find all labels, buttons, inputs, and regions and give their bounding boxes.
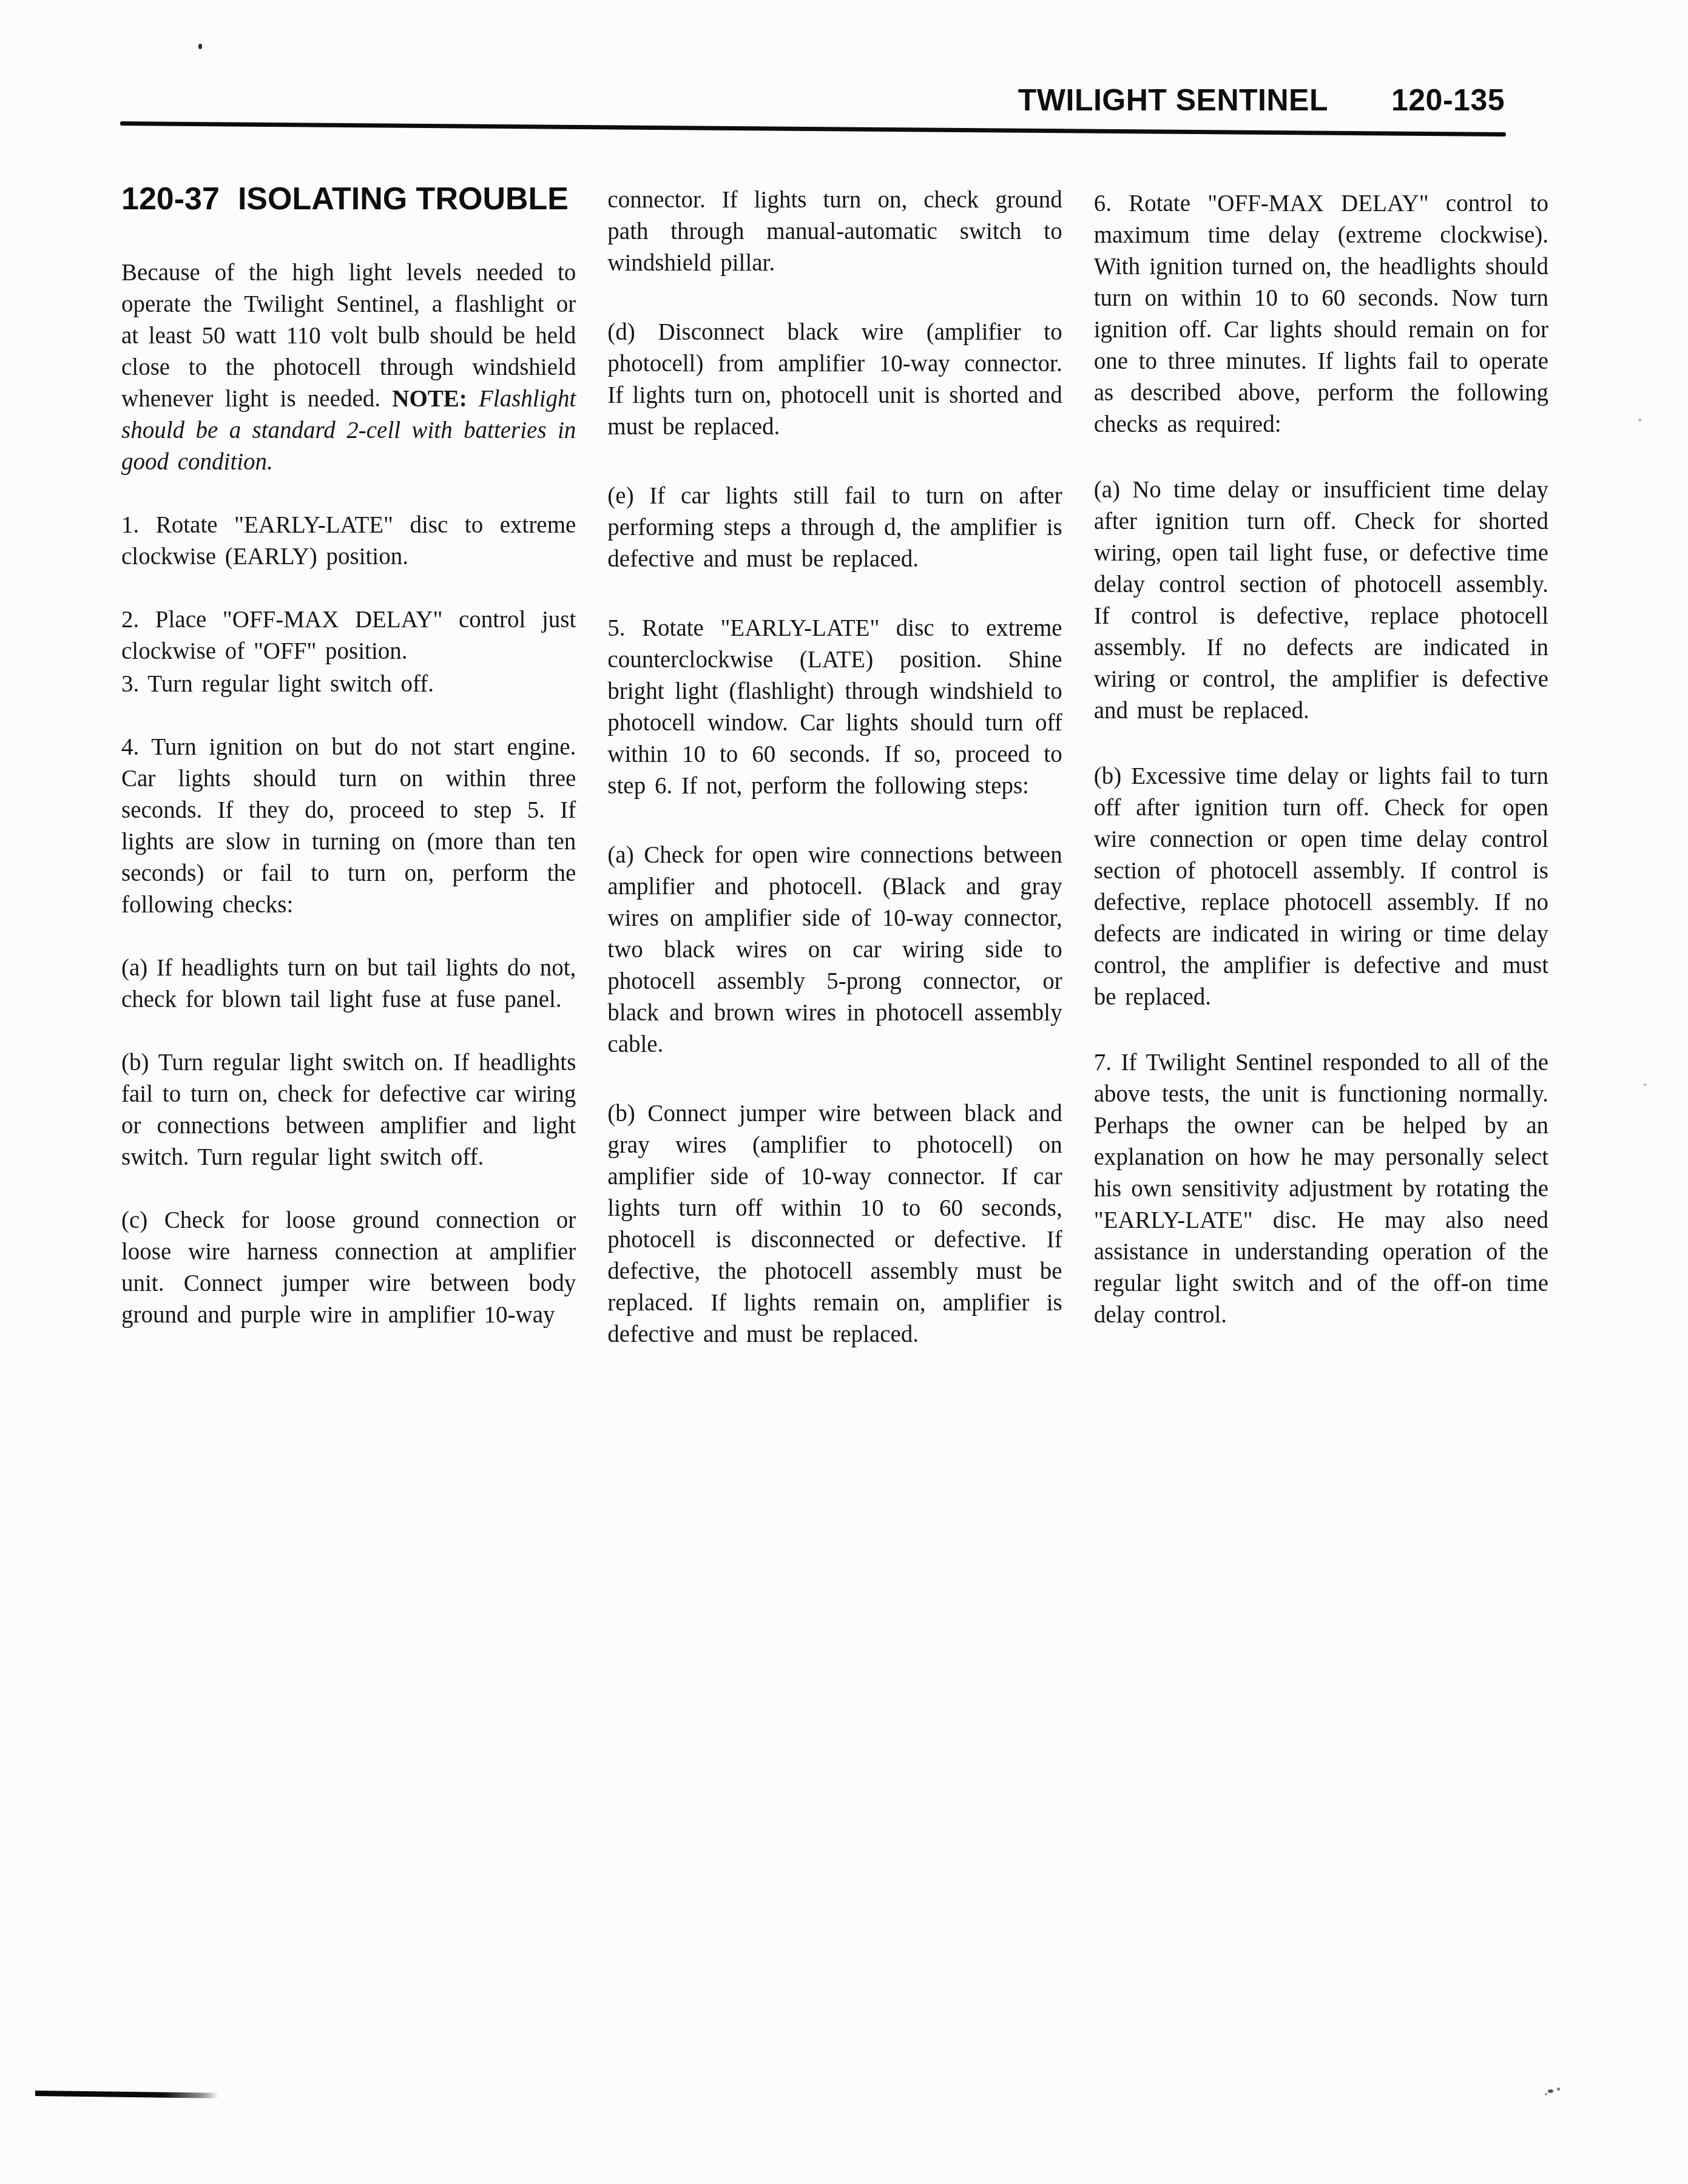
paragraph: 3. Turn regular light switch off. [121, 669, 576, 700]
text-segment: (b) Excessive time delay or lights fail … [1094, 763, 1548, 1010]
paragraph: (e) If car lights still fail to turn on … [607, 480, 1062, 575]
paragraph: 1. Rotate "EARLY-LATE" disc to extreme c… [121, 510, 576, 573]
paragraph: connector. If lights turn on, check grou… [607, 184, 1062, 279]
text-segment: 3. Turn regular light switch off. [121, 671, 434, 697]
text-segment: 2. Place "OFF-MAX DELAY" control just cl… [121, 607, 576, 664]
paragraph: Because of the high light levels needed … [121, 257, 576, 478]
column-left: 120-37 ISOLATING TROUBLE Because of the … [121, 181, 576, 1350]
text-segment: (b) Connect jumper wire between black an… [607, 1100, 1062, 1347]
manual-page: TWILIGHT SENTINEL 120-135 120-37 ISOLATI… [0, 0, 1688, 2184]
text-segment: (b) Turn regular light switch on. If hea… [121, 1050, 576, 1170]
column-middle: connector. If lights turn on, check grou… [607, 181, 1062, 1350]
text-segment: (a) Check for open wire connections betw… [607, 842, 1062, 1057]
text-segment: (c) Check for loose ground connection or… [121, 1207, 576, 1328]
paragraph: (a) No time delay or insufficient time d… [1094, 474, 1548, 727]
paragraph: (a) Check for open wire connections betw… [607, 840, 1062, 1060]
scan-artifact [1557, 2088, 1560, 2091]
text-segment: (d) Disconnect black wire (amplifier to … [607, 319, 1062, 440]
scan-artifact [198, 44, 202, 49]
section-heading: 120-37 ISOLATING TROUBLE [121, 181, 576, 217]
paragraph: (d) Disconnect black wire (amplifier to … [607, 317, 1062, 443]
page-header: TWILIGHT SENTINEL 120-135 [121, 83, 1505, 118]
header-rule [120, 121, 1506, 136]
paragraph: 6. Rotate "OFF-MAX DELAY" control to max… [1094, 188, 1548, 440]
text-segment: 5. Rotate "EARLY-LATE" disc to extreme c… [607, 615, 1062, 799]
text-segment: (e) If car lights still fail to turn on … [607, 483, 1062, 572]
paragraph: 4. Turn ignition on but do not start eng… [121, 732, 576, 921]
text-segment: 7. If Twilight Sentinel responded to all… [1094, 1050, 1548, 1328]
text-segment: 6. Rotate "OFF-MAX DELAY" control to max… [1094, 190, 1548, 437]
section-number: 120-37 [121, 181, 220, 217]
bottom-partial-rule [35, 2091, 218, 2098]
paragraph: 7. If Twilight Sentinel responded to all… [1094, 1047, 1548, 1331]
paragraph: (b) Excessive time delay or lights fail … [1094, 761, 1548, 1013]
scan-artifact [1643, 1084, 1647, 1086]
scan-artifact [1545, 2093, 1547, 2095]
text-segment: connector. If lights turn on, check grou… [607, 187, 1062, 276]
paragraph: 5. Rotate "EARLY-LATE" disc to extreme c… [607, 613, 1062, 802]
header-page-number: 120-135 [1391, 83, 1505, 118]
column-right: 6. Rotate "OFF-MAX DELAY" control to max… [1094, 181, 1548, 1350]
paragraph: (a) If headlights turn on but tail light… [121, 952, 576, 1016]
text-segment: (a) No time delay or insufficient time d… [1094, 477, 1548, 724]
text-columns: 120-37 ISOLATING TROUBLE Because of the … [121, 181, 1548, 1350]
paragraph: 2. Place "OFF-MAX DELAY" control just cl… [121, 604, 576, 667]
scan-artifact [1638, 419, 1641, 422]
text-segment: 4. Turn ignition on but do not start eng… [121, 734, 576, 918]
paragraph: (b) Turn regular light switch on. If hea… [121, 1047, 576, 1173]
section-title: ISOLATING TROUBLE [238, 181, 569, 217]
paragraph: (c) Check for loose ground connection or… [121, 1205, 576, 1331]
text-segment: 1. Rotate "EARLY-LATE" disc to extreme c… [121, 512, 576, 570]
text-segment: (a) If headlights turn on but tail light… [121, 955, 576, 1013]
text-segment: NOTE: [392, 386, 479, 412]
scan-artifact [1548, 2089, 1553, 2093]
paragraph: (b) Connect jumper wire between black an… [607, 1098, 1062, 1350]
header-section-title: TWILIGHT SENTINEL [1018, 83, 1328, 118]
